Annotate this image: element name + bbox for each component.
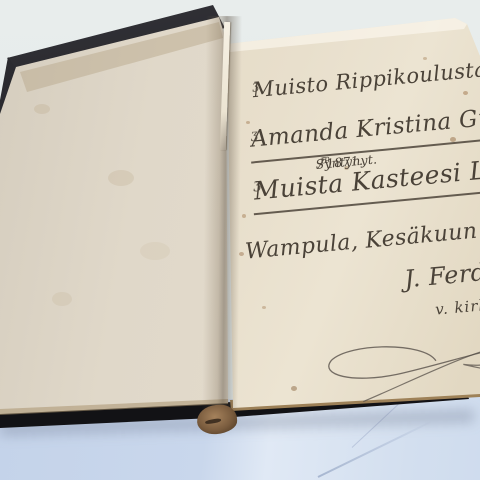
spine-wear-streak <box>205 418 221 425</box>
page-stain <box>34 104 50 114</box>
title-text: Muisto Rippikoulusta <box>252 57 480 102</box>
pen-flourish <box>315 308 480 413</box>
signature: J. Ferd. Poss <box>403 251 480 293</box>
page-stain <box>108 170 134 186</box>
place-date-line: Wampula, Kesäkuun 13. p <box>244 213 480 265</box>
page-stain <box>52 292 72 306</box>
photo-open-book: ʒMuisto Rippikoulusta ʒAmanda Kristina G… <box>0 0 480 480</box>
foxing-spot <box>239 252 244 256</box>
foxing-spot <box>242 214 246 218</box>
page-stain <box>140 242 170 260</box>
handwriting-layer: ʒMuisto Rippikoulusta ʒAmanda Kristina G… <box>232 13 480 409</box>
